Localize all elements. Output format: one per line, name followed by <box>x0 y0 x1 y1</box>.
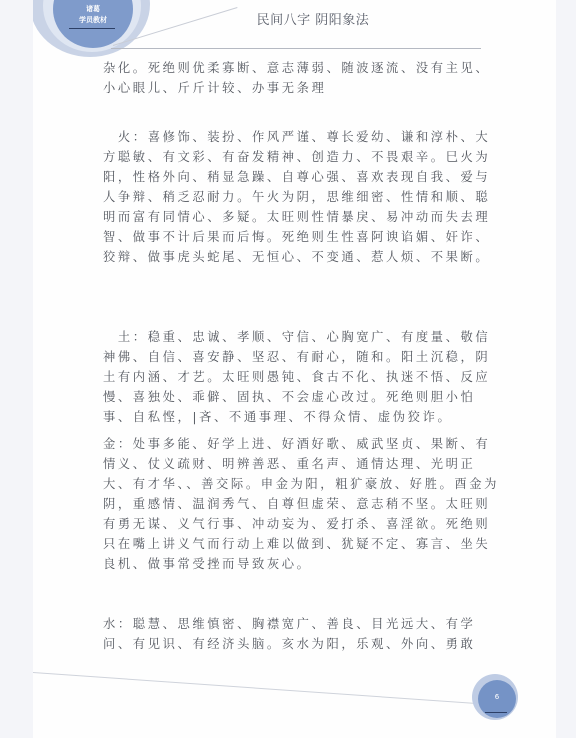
badge-label-type: 学员教材 <box>53 15 133 25</box>
paragraph-fire: 火：喜修饰、装扮、作风严谨、尊长爱幼、谦和淳朴、大方聪敏、有文彩、有奋发精神、创… <box>103 127 503 267</box>
page-title: 民间八字 阴阳象法 <box>233 9 393 28</box>
paragraph-continuation: 杂化。死绝则优柔寡断、意志薄弱、随波逐流、没有主见、小心眼儿、斤斤计较、办事无条… <box>103 58 503 98</box>
document-page: 诸葛 学员教材 民间八字 阴阳象法 杂化。死绝则优柔寡断、意志薄弱、随波逐流、没… <box>33 0 556 738</box>
badge-underline <box>69 28 115 29</box>
badge-label-brand: 诸葛 <box>53 4 133 14</box>
page-number-underline <box>485 712 507 713</box>
paragraph-metal: 金：处事多能、好学上进、好酒好歌、威武坚贞、果断、有情义、仗义疏财、明辨善恶、重… <box>103 434 503 574</box>
paragraph-water: 水：聪慧、思维慎密、胸襟宽广、善良、目光远大、有学问、有见识、有经济头脑。亥水为… <box>103 614 503 654</box>
header-divider <box>111 48 481 49</box>
paragraph-earth: 土：稳重、忠诚、孝顺、守信、心胸宽广、有度量、敬信神佛、自信、喜安静、坚忍、有耐… <box>103 327 503 427</box>
decorative-bottom-line <box>33 672 502 706</box>
